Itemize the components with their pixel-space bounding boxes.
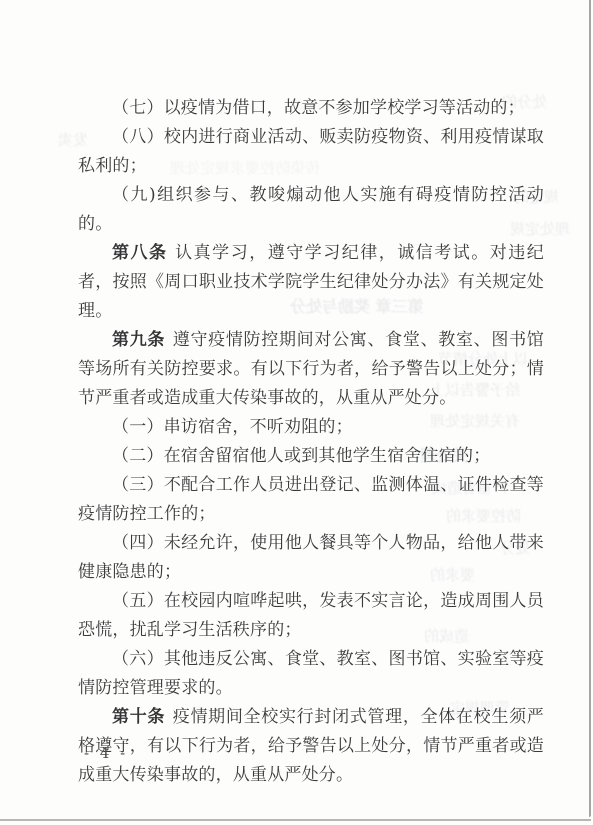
clause-number: 第十条 bbox=[112, 707, 173, 727]
clause-text: （七）以疫情为借口，故意不参加学校学习等活动的； bbox=[112, 98, 525, 118]
list-item-9: （九)组织参与、教唆煽动他人实施有碍疫情防控活动的。 bbox=[78, 181, 544, 239]
clause-text: （一）串访宿舍，不听劝阻的； bbox=[112, 417, 353, 437]
scanned-page: 处分的 发卖 传染防控要求规定处理 规定的 理处定规 第三章 奖励与处分 以上处… bbox=[0, 0, 593, 825]
article-10: 第十条疫情期间全校实行封闭式管理，全体在校生须严格遵守，有以下行为者，给予警告以… bbox=[78, 703, 544, 790]
clause-text: （六）其他违反公寓、食堂、教室、图书馆、实验室等疫情防控管理要求的。 bbox=[78, 649, 544, 698]
clause-text: （八）校内进行商业活动、贩卖防疫物资、利用疫情谋取私利的； bbox=[78, 127, 544, 176]
list-item-4: （四）未经允许，使用他人餐具等个人物品，给他人带来健康隐患的； bbox=[78, 529, 544, 587]
list-item-6: （六）其他违反公寓、食堂、教室、图书馆、实验室等疫情防控管理要求的。 bbox=[78, 645, 544, 703]
clause-text: （五）在校园内喧哗起哄，发表不实言论，造成周围人员恐慌，扰乱学习生活秩序的； bbox=[78, 591, 544, 640]
clause-text: （九)组织参与、教唆煽动他人实施有碍疫情防控活动的。 bbox=[78, 185, 544, 234]
clause-text: （四）未经允许，使用他人餐具等个人物品，给他人带来健康隐患的； bbox=[78, 533, 544, 582]
list-item-3: （三）不配合工作人员进出登记、监测体温、证件检查等疫情防控工作的； bbox=[78, 471, 544, 529]
clause-text: （二）在宿舍留宿他人或到其他学生宿舍住宿的； bbox=[112, 446, 490, 466]
article-9: 第九条遵守疫情防控期间对公寓、食堂、教室、图书馆等场所有关防控要求。有以下行为者… bbox=[78, 326, 544, 413]
clause-text: （三）不配合工作人员进出登记、监测体温、证件检查等疫情防控工作的； bbox=[78, 475, 544, 524]
document-body: （七）以疫情为借口，故意不参加学校学习等活动的； （八）校内进行商业活动、贩卖防… bbox=[78, 94, 544, 790]
clause-number: 第九条 bbox=[112, 330, 173, 350]
list-item-8: （八）校内进行商业活动、贩卖防疫物资、利用疫情谋取私利的； bbox=[78, 123, 544, 181]
list-item-7: （七）以疫情为借口，故意不参加学校学习等活动的； bbox=[78, 94, 544, 123]
page-number: - 4 - bbox=[84, 744, 128, 762]
scan-edge-bottom-line bbox=[0, 819, 591, 821]
clause-number: 第八条 bbox=[112, 243, 175, 263]
scan-edge-right-line bbox=[589, 0, 591, 817]
list-item-2: （二）在宿舍留宿他人或到其他学生宿舍住宿的； bbox=[78, 442, 544, 471]
list-item-5: （五）在校园内喧哗起哄，发表不实言论，造成周围人员恐慌，扰乱学习生活秩序的； bbox=[78, 587, 544, 645]
article-8: 第八条认真学习，遵守学习纪律，诚信考试。对违纪者，按照《周口职业技术学院学生纪律… bbox=[78, 239, 544, 326]
list-item-1: （一）串访宿舍，不听劝阻的； bbox=[78, 413, 544, 442]
